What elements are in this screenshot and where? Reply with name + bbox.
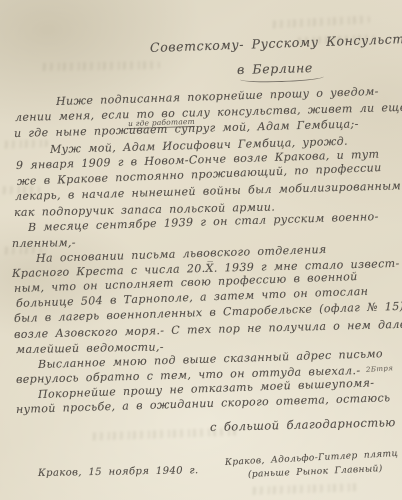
sender-address-line-2: (раньше Рынок Главный)	[248, 464, 383, 480]
letter-line: малейшей ведомости,-	[16, 340, 164, 356]
ink-bleedthrough	[270, 15, 370, 28]
addressee-line-1: Советскому- Русскому Консульству	[150, 31, 402, 55]
ink-bleedthrough	[40, 61, 160, 71]
underline-flourish	[240, 73, 324, 84]
letter-page: Советскому- Русскому Консульству в Берли…	[0, 0, 402, 500]
closing-phrase: с большой благодарностью	[210, 415, 396, 434]
letter-line: пленным,-	[12, 236, 76, 250]
ink-bleedthrough	[250, 483, 360, 495]
ink-bleedthrough	[2, 139, 48, 149]
illegible-end-mark: 2Бтря	[366, 364, 394, 374]
place-date: Краков, 15 ноября 1940 г.	[38, 465, 199, 479]
